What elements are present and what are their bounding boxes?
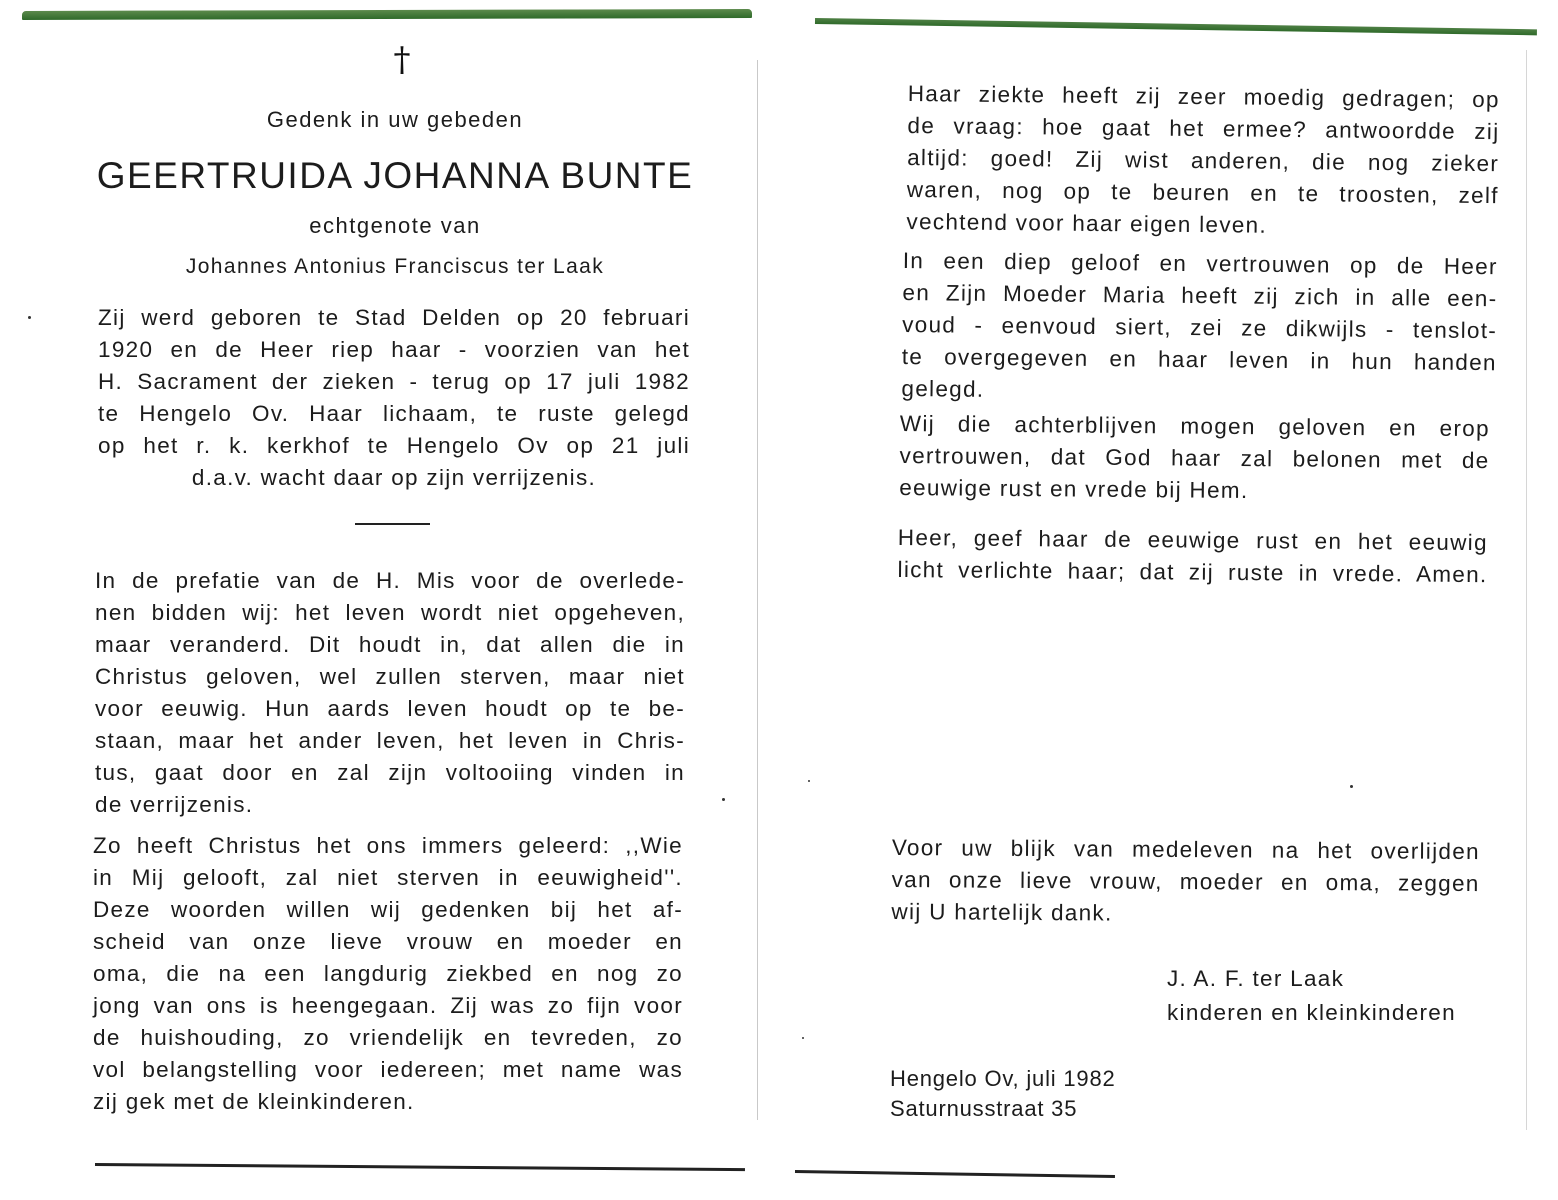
text-line: nen bidden wij: het leven wordt niet opg… (95, 597, 685, 629)
intro-text: Gedenk in uw gebeden (95, 107, 695, 133)
left-green-edge (22, 9, 752, 20)
place-date: Hengelo Ov, juli 1982 (890, 1066, 1116, 1092)
hope-paragraph: Wij die achterblijven mogen geloven en e… (899, 408, 1490, 509)
section-divider (355, 523, 430, 525)
left-page-edge (757, 60, 758, 1120)
text-line: te Hengelo Ov. Haar lichaam, te ruste ge… (98, 398, 690, 430)
deceased-name: GEERTRUIDA JOHANNA BUNTE (95, 155, 695, 197)
text-line: van onze lieve vrouw, moeder en oma, zeg… (892, 864, 1480, 900)
text-line: tus, gaat door en zal zijn voltooiing vi… (95, 757, 685, 789)
text-line: Christus geloven, wel zullen sterven, ma… (95, 661, 685, 693)
text-line: op het r. k. kerkhof te Hengelo Ov op 21… (98, 430, 690, 462)
thanks-paragraph: Voor uw blijk van medeleven na het overl… (891, 832, 1480, 932)
text-line: In de prefatie van de H. Mis voor de ove… (95, 565, 685, 597)
prayer-paragraph: Heer, geef haar de eeuwige rust en het e… (897, 522, 1488, 591)
text-line: Zij werd geboren te Stad Delden op 20 fe… (98, 302, 690, 334)
text-line: scheid van onze lieve vrouw en moeder en (93, 926, 683, 958)
text-line: licht verlichte haar; dat zij ruste in v… (897, 554, 1487, 591)
text-line: in Mij gelooft, zal niet sterven in eeuw… (93, 862, 683, 894)
text-line: te overgegeven en haar leven in hun hand… (902, 341, 1497, 379)
cross-icon: † (392, 40, 412, 80)
text-line: de huishouding, zo vriendelijk en tevred… (93, 1022, 683, 1054)
text-line: gelegd. (901, 373, 1496, 411)
text-line: d.a.v. wacht daar op zijn verrijzenis. (98, 462, 690, 494)
text-line: wij U hartelijk dank. (891, 896, 1479, 932)
text-line: Zo heeft Christus het ons immers geleerd… (93, 830, 683, 862)
illness-paragraph: Haar ziekte heeft zij zeer moedig gedrag… (906, 78, 1500, 244)
signature-family: kinderen en kleinkinderen (1167, 1000, 1456, 1026)
text-line: Wij die achterblijven mogen geloven en e… (900, 408, 1490, 445)
text-line: staan, maar het ander leven, het leven i… (95, 725, 685, 757)
text-line: eeuwige rust en vrede bij Hem. (899, 472, 1489, 509)
text-line: voor eeuwig. Hun aards leven houdt op te… (95, 693, 685, 725)
text-line: jong van ons is heengegaan. Zij was zo f… (93, 990, 683, 1022)
text-line: Deze woorden willen wij gedenken bij het… (93, 894, 683, 926)
print-speck (1350, 785, 1353, 788)
text-line: Heer, geef haar de eeuwige rust en het e… (898, 522, 1488, 559)
signature-name: J. A. F. ter Laak (1167, 966, 1344, 992)
print-speck (722, 798, 725, 801)
print-speck (802, 1037, 804, 1039)
text-line: de verrijzenis. (95, 789, 685, 821)
relation-text: echtgenote van (95, 213, 695, 239)
print-speck (28, 316, 31, 319)
text-line: H. Sacrament der zieken - terug op 17 ju… (98, 366, 690, 398)
text-line: vertrouwen, dat God haar zal belonen met… (899, 440, 1489, 477)
text-line: maar veranderd. Dit houdt in, dat allen … (95, 629, 685, 661)
text-line: 1920 en de Heer riep haar - voorzien van… (98, 334, 690, 366)
text-line: vol belangstelling voor iedereen; met na… (93, 1054, 683, 1086)
address: Saturnusstraat 35 (890, 1096, 1077, 1122)
text-line: Voor uw blijk van medeleven na het overl… (892, 832, 1480, 868)
prefatie-paragraph: In de prefatie van de H. Mis voor de ove… (95, 565, 685, 821)
biography-paragraph: Zij werd geboren te Stad Delden op 20 fe… (98, 302, 690, 494)
faith-paragraph: In een diep geloof en vertrouwen op de H… (901, 245, 1498, 411)
print-speck (808, 780, 810, 782)
text-line: vechtend voor haar eigen leven. (906, 206, 1498, 244)
text-line: zij gek met de kleinkinderen. (93, 1086, 683, 1118)
text-line: oma, die na een langdurig ziekbed en nog… (93, 958, 683, 990)
memory-paragraph: Zo heeft Christus het ons immers geleerd… (93, 830, 683, 1118)
spouse-name: Johannes Antonius Franciscus ter Laak (95, 255, 695, 279)
right-page-edge (1526, 50, 1527, 1130)
